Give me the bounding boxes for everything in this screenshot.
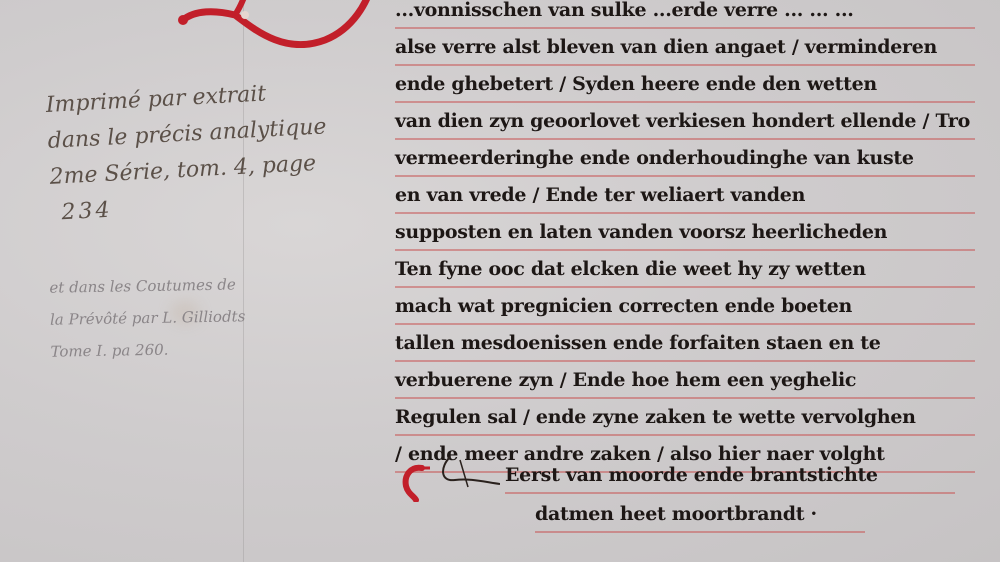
margin-note-ink: Imprimé par extrait dans le précis analy… [45, 73, 331, 231]
margin-note-line: Tome I. pa 260. [50, 332, 246, 367]
text-line: tallen mesdoenissen ende forfaiten staen… [395, 325, 975, 362]
text-line: en van vrede / Ende ter weliaert vanden [395, 177, 975, 214]
margin-note-line: la Prévôté par L. Gilliodts [50, 300, 246, 335]
text-line: datmen heet moortbrandt · [535, 494, 865, 533]
text-line: Eerst van moorde ende brantstichte [505, 455, 955, 494]
text-line: van dien zyn geoorlovet verkiesen honder… [395, 103, 975, 140]
text-line: verbuerene zyn / Ende hoe hem een yeghel… [395, 362, 975, 399]
text-line: ...vonnisschen van sulke ...erde verre .… [395, 0, 975, 29]
rubric-heading: Eerst van moorde ende brantstichte datme… [395, 455, 955, 533]
main-text-block: ...vonnisschen van sulke ...erde verre .… [395, 0, 975, 473]
red-decorated-initial [175, 0, 375, 48]
text-line: Ten fyne ooc dat elcken die weet hy zy w… [395, 251, 975, 288]
margin-note-line: et dans les Coutumes de [49, 268, 245, 303]
manuscript-page: Imprimé par extrait dans le précis analy… [0, 0, 1000, 562]
text-line: mach wat pregnicien correcten ende boete… [395, 288, 975, 325]
text-line: Regulen sal / ende zyne zaken te wette v… [395, 399, 975, 436]
text-line: vermeerderinghe ende onderhoudinghe van … [395, 140, 975, 177]
text-line: supposten en laten vanden voorsz heerlic… [395, 214, 975, 251]
margin-note-pencil: et dans les Coutumes de la Prévôté par L… [49, 268, 246, 367]
text-line: ende ghebetert / Syden heere ende den we… [395, 66, 975, 103]
text-line: alse verre alst bleven van dien angaet /… [395, 29, 975, 66]
